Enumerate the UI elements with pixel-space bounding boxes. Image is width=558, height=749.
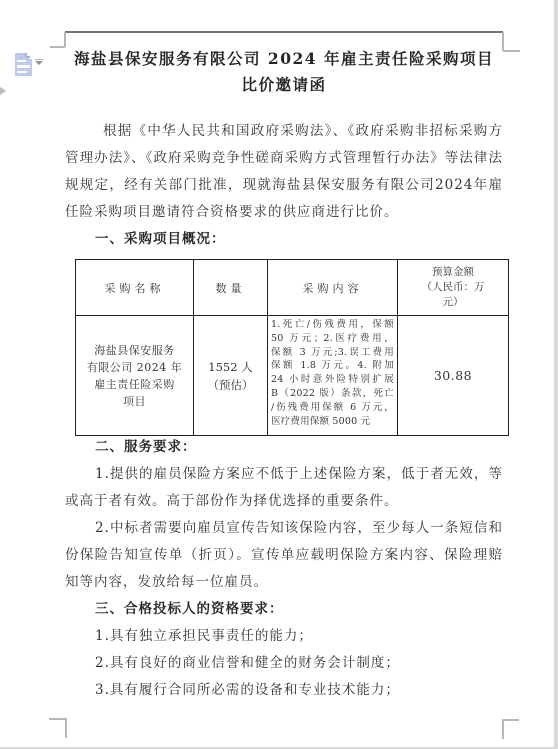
intro-line: 管理办法》、《政府采购竞争性磋商采购方式管理暂行办法》等法律法 bbox=[65, 145, 503, 172]
title-line-1: 海盐县保安服务有限公司 2024 年雇主责任险采购项目 bbox=[65, 46, 503, 72]
app-canvas: { "document": { "title_lines": [ "海盐县保安服… bbox=[0, 0, 558, 749]
header-budget: 预算金额 （人民币：万 元） bbox=[398, 260, 509, 316]
cell-budget: 30.88 bbox=[398, 316, 509, 436]
document-page: 海盐县保安服务有限公司 2024 年雇主责任险采购项目 比价邀请函 根据《中华人… bbox=[0, 0, 554, 747]
chevron-down-icon[interactable] bbox=[35, 61, 43, 65]
project-overview-table: 采购名称 数量 采购内容 预算金额 （人民币：万 元） 海盐县保安服务 有限公司… bbox=[75, 259, 509, 436]
document-title: 海盐县保安服务有限公司 2024 年雇主责任险采购项目 比价邀请函 bbox=[65, 46, 503, 98]
margin-corner-top-left bbox=[64, 32, 66, 47]
margin-corner-bottom-left bbox=[65, 718, 67, 738]
document-icon[interactable] bbox=[15, 53, 32, 76]
table-row: 海盐县保安服务 有限公司 2024 年 雇主责任险采购 项目 1552 人 （预… bbox=[76, 316, 509, 436]
section2-line: 1.提供的雇员保险方案应不低于上述保险方案，低于者无效，等于 bbox=[65, 461, 503, 488]
section2-line: 或高于者有效。高于部份作为择优选择的重要条件。 bbox=[65, 488, 503, 515]
header-procurement-name: 采购名称 bbox=[76, 260, 194, 316]
section2-line: 份保险告知宣传单（折页）。宣传单应载明保险方案内容、保险理赔须 bbox=[65, 542, 503, 569]
section2-line: 知等内容，发放给每一位雇员。 bbox=[65, 569, 503, 596]
margin-corner-bottom-left-tick bbox=[49, 718, 66, 720]
section3-item: 2.具有良好的商业信誉和健全的财务会计制度； bbox=[65, 650, 503, 677]
title-line-2: 比价邀请函 bbox=[65, 72, 503, 98]
cell-content: 1.死亡/伤残费用，保额 50 万元；2.医疗费用， 保额 3 万元;3.误工费… bbox=[268, 316, 398, 436]
margin-corner-top-right-tick bbox=[503, 50, 520, 52]
header-quantity: 数量 bbox=[194, 260, 268, 316]
section1-heading: 一、采购项目概况： bbox=[65, 226, 503, 253]
section3-item: 1.具有独立承担民事责任的能力； bbox=[65, 623, 503, 650]
top-margin-line bbox=[65, 31, 503, 33]
section3-heading: 三、合格投标人的资格要求： bbox=[65, 596, 503, 623]
margin-corner-bottom-right bbox=[502, 719, 504, 739]
margin-corner-bottom-right-tick bbox=[502, 719, 519, 721]
section2: 二、服务要求： bbox=[65, 434, 503, 461]
section2-line: 2.中标者需要向雇员宣传告知该保险内容，至少每人一条短信和一 bbox=[65, 515, 503, 542]
table-header-row: 采购名称 数量 采购内容 预算金额 （人民币：万 元） bbox=[76, 260, 509, 316]
intro-line: 根据《中华人民共和国政府采购法》、《政府采购非招标采购方式 bbox=[65, 118, 503, 145]
intro-paragraph: 根据《中华人民共和国政府采购法》、《政府采购非招标采购方式 管理办法》、《政府采… bbox=[65, 118, 503, 253]
section2-heading: 二、服务要求： bbox=[65, 434, 503, 461]
section2-body: 1.提供的雇员保险方案应不低于上述保险方案，低于者无效，等于 或高于者有效。高于… bbox=[65, 461, 503, 704]
section3-item: 3.具有履行合同所必需的设备和专业技术能力； bbox=[65, 677, 503, 704]
cell-quantity: 1552 人 （预估） bbox=[194, 316, 268, 436]
intro-line: 任险采购项目邀请符合资格要求的供应商进行比价。 bbox=[65, 199, 503, 226]
margin-corner-top-left-tick bbox=[50, 46, 65, 48]
header-content: 采购内容 bbox=[268, 260, 398, 316]
intro-line: 规规定，经有关部门批准，现就海盐县保安服务有限公司2024年雇主责 bbox=[65, 172, 503, 199]
cell-procurement-name: 海盐县保安服务 有限公司 2024 年 雇主责任险采购 项目 bbox=[76, 316, 194, 436]
page-edge-marker bbox=[0, 87, 6, 95]
